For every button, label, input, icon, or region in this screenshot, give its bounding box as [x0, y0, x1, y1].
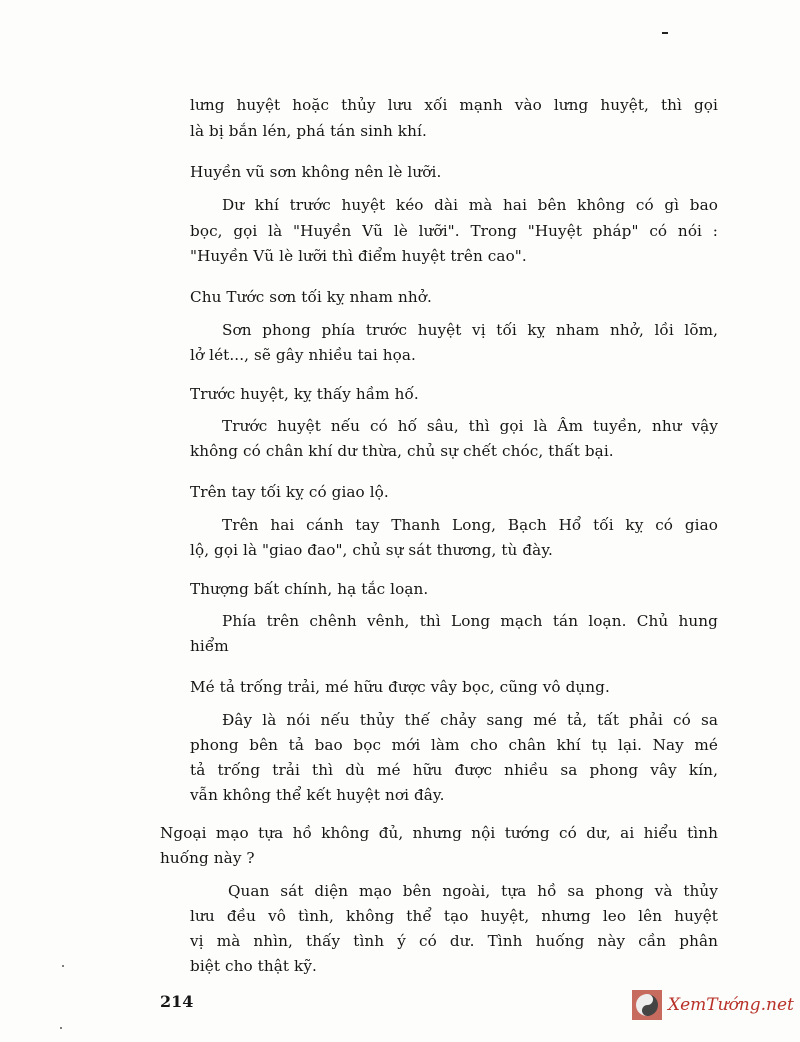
text-line: vẫn không thể kết huyệt nơi đây.	[190, 786, 445, 804]
text-line: Phía trên chênh vênh, thì Long mạch tán …	[222, 612, 718, 630]
text-line: hiểm	[190, 637, 229, 655]
text-line: Thượng bất chính, hạ tắc loạn.	[190, 580, 428, 598]
text-line: không có chân khí dư thừa, chủ sự chết c…	[190, 442, 614, 460]
text-line: tả trống trải thì dù mé hữu được nhiều s…	[190, 761, 718, 779]
text-line: vị mà nhìn, thấy tình ý có dư. Tình huốn…	[190, 932, 718, 950]
text-line: Trước huyệt, kỵ thấy hầm hố.	[190, 385, 419, 403]
text-line: phong bên tả bao bọc mới làm cho chân kh…	[190, 736, 718, 754]
watermark-text: XemTướng.net	[668, 995, 794, 1015]
watermark-logo: XemTướng.net	[632, 990, 794, 1020]
text-line: Trước huyệt nếu có hố sâu, thì gọi là Âm…	[222, 417, 718, 435]
text-line: Ngoại mạo tựa hồ không đủ, nhưng nội tướ…	[160, 824, 718, 842]
scan-speck	[60, 1027, 62, 1029]
text-line: là bị bắn lén, phá tán sinh khí.	[190, 122, 427, 140]
scan-speck	[62, 965, 64, 967]
text-line: huống này ?	[160, 849, 255, 867]
book-page: lưng huyệt hoặc thủy lưu xối mạnh vào lư…	[0, 0, 800, 1042]
text-line: Dư khí trước huyệt kéo dài mà hai bên kh…	[222, 196, 718, 214]
text-line: lưu đều vô tình, không thể tạo huyệt, nh…	[190, 907, 718, 925]
text-line: Trên tay tối kỵ có giao lộ.	[190, 483, 389, 501]
text-line: biệt cho thật kỹ.	[190, 957, 317, 975]
text-line: lưng huyệt hoặc thủy lưu xối mạnh vào lư…	[190, 96, 718, 114]
text-line: Sơn phong phía trước huyệt vị tối kỵ nha…	[222, 321, 718, 339]
yin-yang-icon	[632, 990, 662, 1020]
text-line: Mé tả trống trải, mé hữu được vây bọc, c…	[190, 678, 610, 696]
text-line: Đây là nói nếu thủy thế chảy sang mé tả,…	[222, 711, 718, 729]
text-line: lở lét..., sẽ gây nhiều tai họa.	[190, 346, 416, 364]
text-line: Chu Tước sơn tối kỵ nham nhở.	[190, 288, 432, 306]
text-line: Trên hai cánh tay Thanh Long, Bạch Hổ tố…	[222, 516, 718, 534]
text-line: bọc, gọi là "Huyền Vũ lè lưỡi". Trong "H…	[190, 222, 718, 240]
text-line: Quan sát diện mạo bên ngoài, tựa hồ sa p…	[228, 882, 718, 900]
page-number: 214	[160, 992, 193, 1011]
scan-mark	[662, 32, 668, 34]
text-line: Huyền vũ sơn không nên lè lưỡi.	[190, 163, 441, 181]
text-line: lộ, gọi là "giao đao", chủ sự sát thương…	[190, 541, 553, 559]
text-line: "Huyền Vũ lè lưỡi thì điểm huyệt trên ca…	[190, 247, 527, 265]
